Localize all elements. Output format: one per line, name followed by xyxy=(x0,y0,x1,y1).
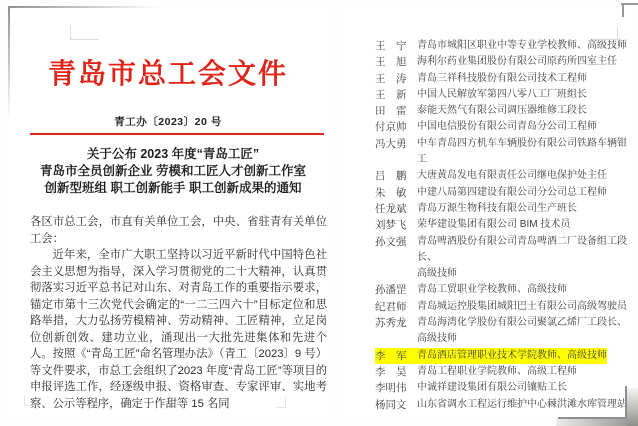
laureate-row: 纪君师青岛城运控股集团城阳巴士有限公司高级驾驶员 xyxy=(375,299,631,315)
notice-title-line-1: 关于公布 2023 年度“青岛工匠” xyxy=(20,146,326,163)
notice-title: 关于公布 2023 年度“青岛工匠” 青岛市全员创新企业 劳模和工匠人才创新工作… xyxy=(20,146,326,197)
laureate-name: 王 新 xyxy=(375,87,417,103)
laureate-row: 李明伟中诚祥建设集团有限公司镶贴工长 xyxy=(375,380,631,396)
laureate-desc: 山东省调水工程运行维护中心棘洪滩水库管理站 xyxy=(417,397,627,413)
body-paragraph: 近年来，全市广大职工坚持以习近平新时代中国特色社会主义思想为指导，深入学习贯彻党… xyxy=(30,247,327,412)
laureate-name: 任龙斌 xyxy=(375,201,417,217)
doc-number: 青工办〔2023〕20 号 xyxy=(10,114,326,129)
laureate-name: 王 涛 xyxy=(375,71,417,87)
laureate-name: 孙文强 xyxy=(375,234,417,250)
laureate-row: 孙潘罡青岛工贸职业学校教师、高级技师 xyxy=(375,282,631,298)
laureate-list: 王 宁青岛市城阳区职业中等专业学校教师、高级技师王 旭海利尔药业集团股份有限公司… xyxy=(375,38,631,413)
laureate-row: 王 旭海利尔药业集团股份有限公司原药所四室主任 xyxy=(375,54,631,70)
laureate-name: 李 昊 xyxy=(375,364,417,380)
laureate-desc: 中建八局第四建设有限公司分公司总工程师 xyxy=(417,185,607,201)
notice-title-line-3: 创新型班组 职工创新能手 职工创新成果的通知 xyxy=(20,180,326,197)
laureate-name: 刘梦飞 xyxy=(375,217,417,233)
notice-title-line-2: 青岛市全员创新企业 劳模和工匠人才创新工作室 xyxy=(20,163,326,180)
laureate-desc: 青岛城运控股集团城阳巴士有限公司高级驾驶员 xyxy=(417,299,627,315)
letterhead-title: 青岛市总工会文件 xyxy=(10,52,326,92)
laureate-desc: 青岛酒店管理职业技术学院教师、高级技师 xyxy=(417,348,607,364)
laureate-desc: 中诚祥建设集团有限公司镶贴工长 xyxy=(417,380,567,396)
left-page: 青岛市总工会文件 青工办〔2023〕20 号 关于公布 2023 年度“青岛工匠… xyxy=(10,6,332,418)
laureate-row-highlighted: 李 军青岛酒店管理职业技术学院教师、高级技师 xyxy=(375,348,631,364)
laureate-desc: 中国电信股份有限公司青岛分公司工程师 xyxy=(417,119,597,135)
laureate-desc: 大唐黄岛发电有限责任公司继电保护处主任 xyxy=(417,168,607,184)
laureate-row: 苏秀龙青岛海湾化学股份有限公司聚氯乙烯厂工段长、 高级技师 xyxy=(375,315,631,348)
laureate-row: 田 雷泰能天然气有限公司调压器维修工段长 xyxy=(375,103,631,119)
laureate-row: 王 涛青岛三祥科技股份有限公司技术工程师 xyxy=(375,71,631,87)
laureate-desc: 青岛工程职业学院教师、高级工程师 xyxy=(417,364,577,380)
laureate-name: 纪君师 xyxy=(375,299,417,315)
laureate-row: 冯大勇中车青岛四方机车车辆股份有限公司铁路车辆钳工 xyxy=(375,136,631,169)
laureate-row: 孙文强青岛啤酒股份有限公司青岛啤酒二厂设备组工段长、 高级技师 xyxy=(375,234,631,283)
laureate-name: 王 旭 xyxy=(375,54,417,70)
laureate-name: 吕 鹏 xyxy=(375,168,417,184)
laureate-row: 杨同文山东省调水工程运行维护中心棘洪滩水库管理站 xyxy=(375,397,631,413)
laureate-name: 孙潘罡 xyxy=(375,282,417,298)
laureate-desc: 泰能天然气有限公司调压器维修工段长 xyxy=(417,103,587,119)
laureate-name: 王 宁 xyxy=(375,38,417,54)
page-edge-top-right-horizontal xyxy=(621,3,638,5)
laureate-name: 付京帅 xyxy=(375,119,417,135)
laureate-row: 刘梦飞荣华建设集团有限公司 BIM 技术员 xyxy=(375,217,631,233)
laureate-row: 付京帅中国电信股份有限公司青岛分公司工程师 xyxy=(375,119,631,135)
laureate-name: 田 雷 xyxy=(375,103,417,119)
laureate-row: 朱 敏中建八局第四建设有限公司分公司总工程师 xyxy=(375,185,631,201)
laureate-desc: 中国人民解放军第四八零八工厂班组长 xyxy=(417,87,587,103)
laureate-desc: 青岛工贸职业学校教师、高级技师 xyxy=(417,282,567,298)
red-divider-line xyxy=(30,133,324,135)
scan-shadow-bottom xyxy=(556,419,638,426)
laureate-name: 苏秀龙 xyxy=(375,315,417,331)
laureate-row: 任龙斌青岛万源生物科技有限公司生产班长 xyxy=(375,201,631,217)
laureate-desc: 青岛万源生物科技有限公司生产班长 xyxy=(417,201,577,217)
laureate-desc: 青岛海湾化学股份有限公司聚氯乙烯厂工段长、 高级技师 xyxy=(417,315,627,348)
laureate-desc: 荣华建设集团有限公司 BIM 技术员 xyxy=(417,217,570,233)
laureate-name: 朱 敏 xyxy=(375,185,417,201)
laureate-desc: 海利尔药业集团股份有限公司原药所四室主任 xyxy=(417,54,617,70)
laureate-desc: 青岛三祥科技股份有限公司技术工程师 xyxy=(417,71,587,87)
laureate-name: 杨同文 xyxy=(375,397,417,413)
notice-body: 各区市总工会，市直有关单位工会，中央、省驻青有关单位工会： 近年来，全市广大职工… xyxy=(30,214,327,412)
right-page: 王 宁青岛市城阳区职业中等专业学校教师、高级技师王 旭海利尔药业集团股份有限公司… xyxy=(345,6,635,418)
salutation: 各区市总工会，市直有关单位工会，中央、省驻青有关单位工会： xyxy=(30,214,327,247)
laureate-name: 李 军 xyxy=(375,348,417,364)
laureate-desc: 青岛啤酒股份有限公司青岛啤酒二厂设备组工段长、 高级技师 xyxy=(417,234,631,283)
laureate-name: 李明伟 xyxy=(375,380,417,396)
laureate-row: 吕 鹏大唐黄岛发电有限责任公司继电保护处主任 xyxy=(375,168,631,184)
laureate-name: 冯大勇 xyxy=(375,136,417,152)
laureate-desc: 青岛市城阳区职业中等专业学校教师、高级技师 xyxy=(417,38,627,54)
laureate-row: 王 宁青岛市城阳区职业中等专业学校教师、高级技师 xyxy=(375,38,631,54)
laureate-desc: 中车青岛四方机车车辆股份有限公司铁路车辆钳工 xyxy=(417,136,631,169)
laureate-row: 李 昊青岛工程职业学院教师、高级工程师 xyxy=(375,364,631,380)
scanned-document: 青岛市总工会文件 青工办〔2023〕20 号 关于公布 2023 年度“青岛工匠… xyxy=(0,0,638,426)
laureate-row: 王 新中国人民解放军第四八零八工厂班组长 xyxy=(375,87,631,103)
